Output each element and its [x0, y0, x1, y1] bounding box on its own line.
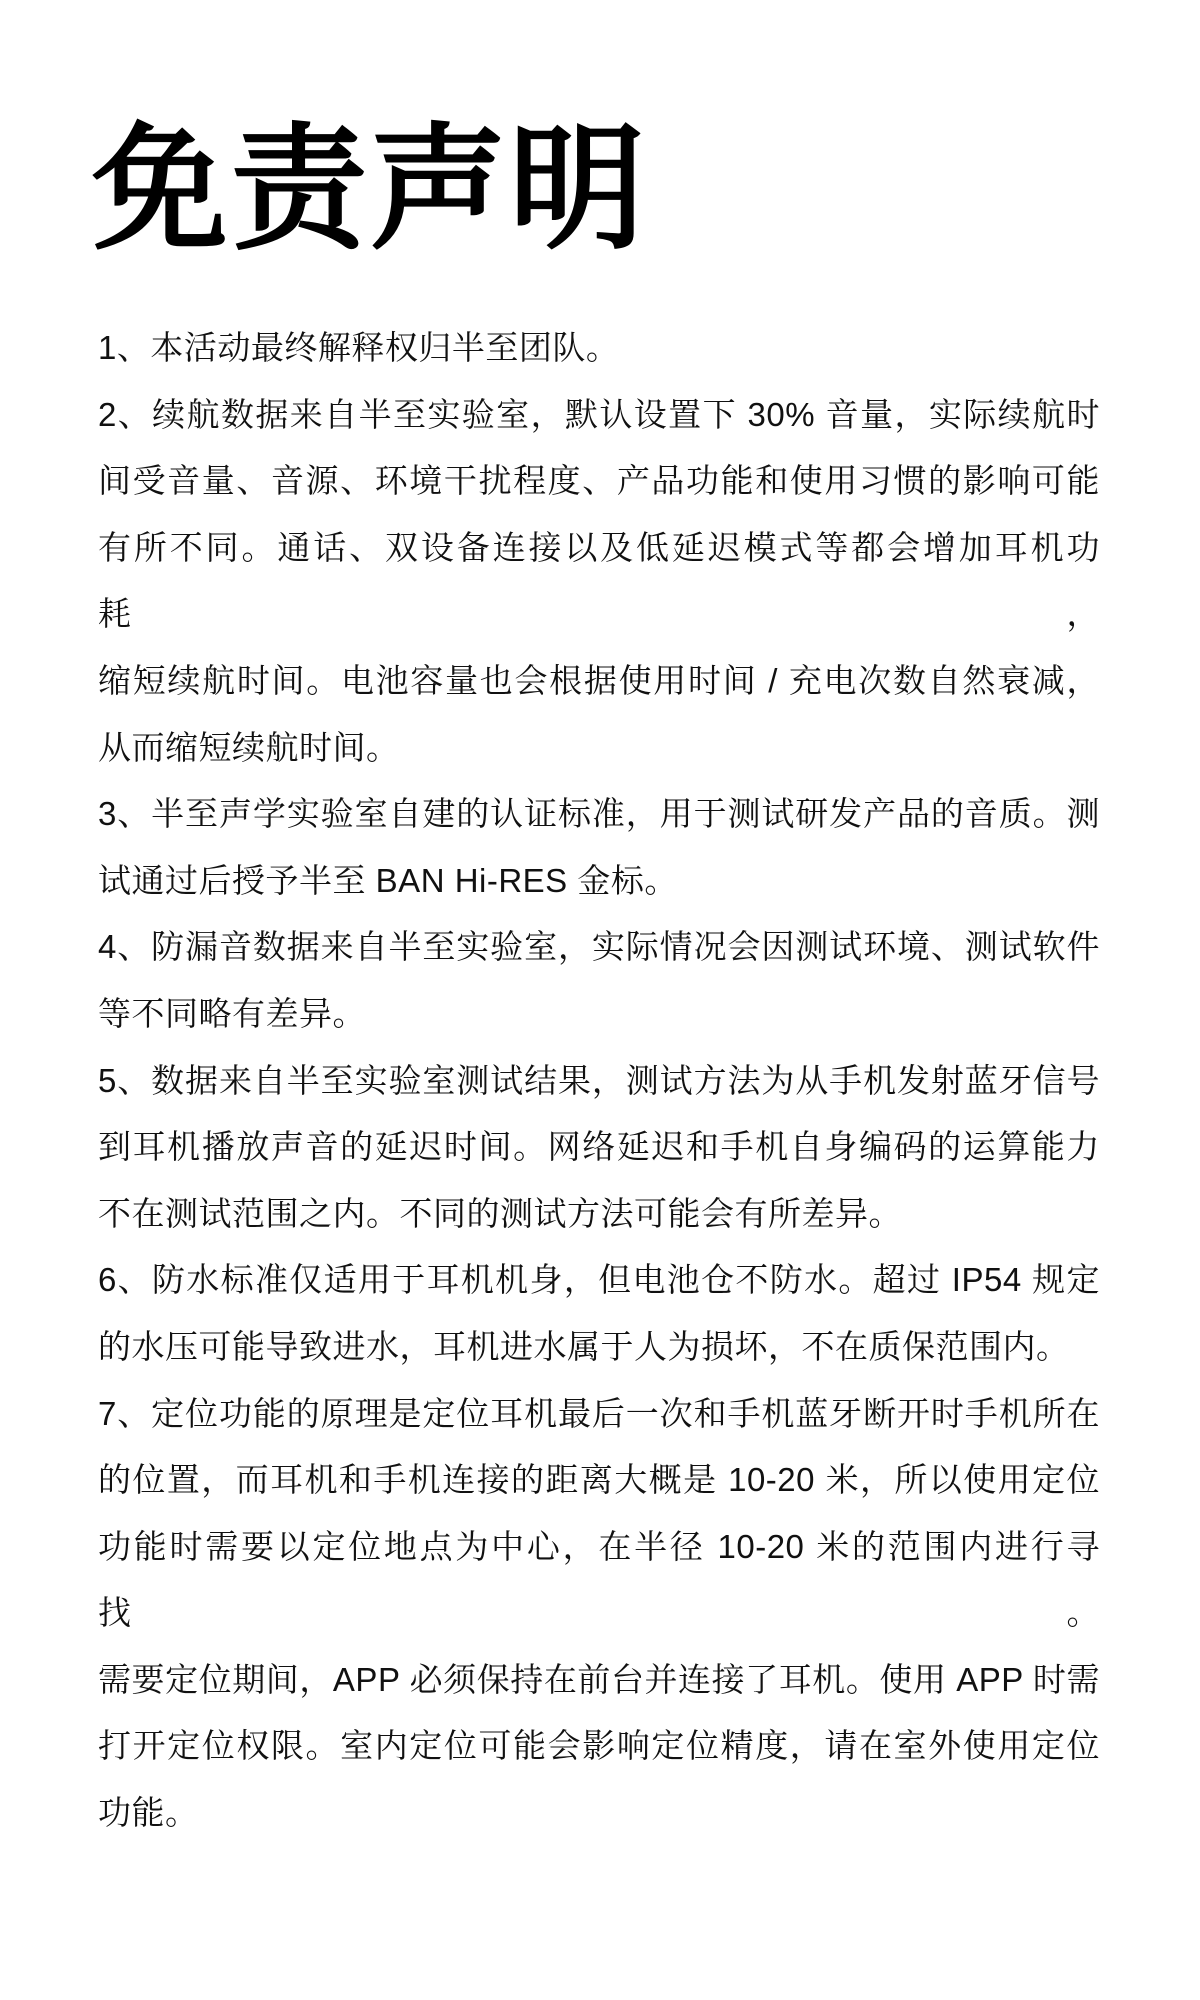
- disclaimer-line: 间受音量、音源、环境干扰程度、产品功能和使用习惯的影响可能: [98, 448, 1100, 515]
- disclaimer-line: 需要定位期间，APP 必须保持在前台并连接了耳机。使用 APP 时需: [98, 1647, 1100, 1714]
- disclaimer-body: 1、本活动最终解释权归半至团队。2、续航数据来自半至实验室，默认设置下 30% …: [98, 315, 1100, 1847]
- disclaimer-line: 到耳机播放声音的延迟时间。网络延迟和手机自身编码的运算能力: [98, 1114, 1100, 1181]
- disclaimer-line: 不在测试范围之内。不同的测试方法可能会有所差异。: [98, 1181, 1100, 1248]
- disclaimer-line: 等不同略有差异。: [98, 981, 1100, 1048]
- disclaimer-line: 3、半至声学实验室自建的认证标准，用于测试研发产品的音质。测: [98, 781, 1100, 848]
- disclaimer-line: 4、防漏音数据来自半至实验室，实际情况会因测试环境、测试软件: [98, 914, 1100, 981]
- disclaimer-line: 试通过后授予半至 BAN Hi-RES 金标。: [98, 848, 1100, 915]
- disclaimer-page: 免责声明 1、本活动最终解释权归半至团队。2、续航数据来自半至实验室，默认设置下…: [0, 0, 1200, 2000]
- disclaimer-line: 的位置，而耳机和手机连接的距离大概是 10-20 米，所以使用定位: [98, 1447, 1100, 1514]
- disclaimer-line: 7、定位功能的原理是定位耳机最后一次和手机蓝牙断开时手机所在: [98, 1381, 1100, 1448]
- disclaimer-line: 缩短续航时间。电池容量也会根据使用时间 / 充电次数自然衰减，: [98, 648, 1100, 715]
- disclaimer-line: 2、续航数据来自半至实验室，默认设置下 30% 音量，实际续航时: [98, 382, 1100, 449]
- disclaimer-line: 有所不同。通话、双设备连接以及低延迟模式等都会增加耳机功耗，: [98, 515, 1100, 648]
- disclaimer-line: 从而缩短续航时间。: [98, 715, 1100, 782]
- disclaimer-line: 打开定位权限。室内定位可能会影响定位精度，请在室外使用定位: [98, 1713, 1100, 1780]
- disclaimer-line: 5、数据来自半至实验室测试结果，测试方法为从手机发射蓝牙信号: [98, 1048, 1100, 1115]
- disclaimer-line: 的水压可能导致进水，耳机进水属于人为损坏，不在质保范围内。: [98, 1314, 1100, 1381]
- disclaimer-line: 功能时需要以定位地点为中心，在半径 10-20 米的范围内进行寻找。: [98, 1514, 1100, 1647]
- disclaimer-line: 6、防水标准仅适用于耳机机身，但电池仓不防水。超过 IP54 规定: [98, 1247, 1100, 1314]
- disclaimer-line: 1、本活动最终解释权归半至团队。: [98, 315, 1100, 382]
- page-title: 免责声明: [92, 98, 648, 282]
- disclaimer-line: 功能。: [98, 1780, 1100, 1847]
